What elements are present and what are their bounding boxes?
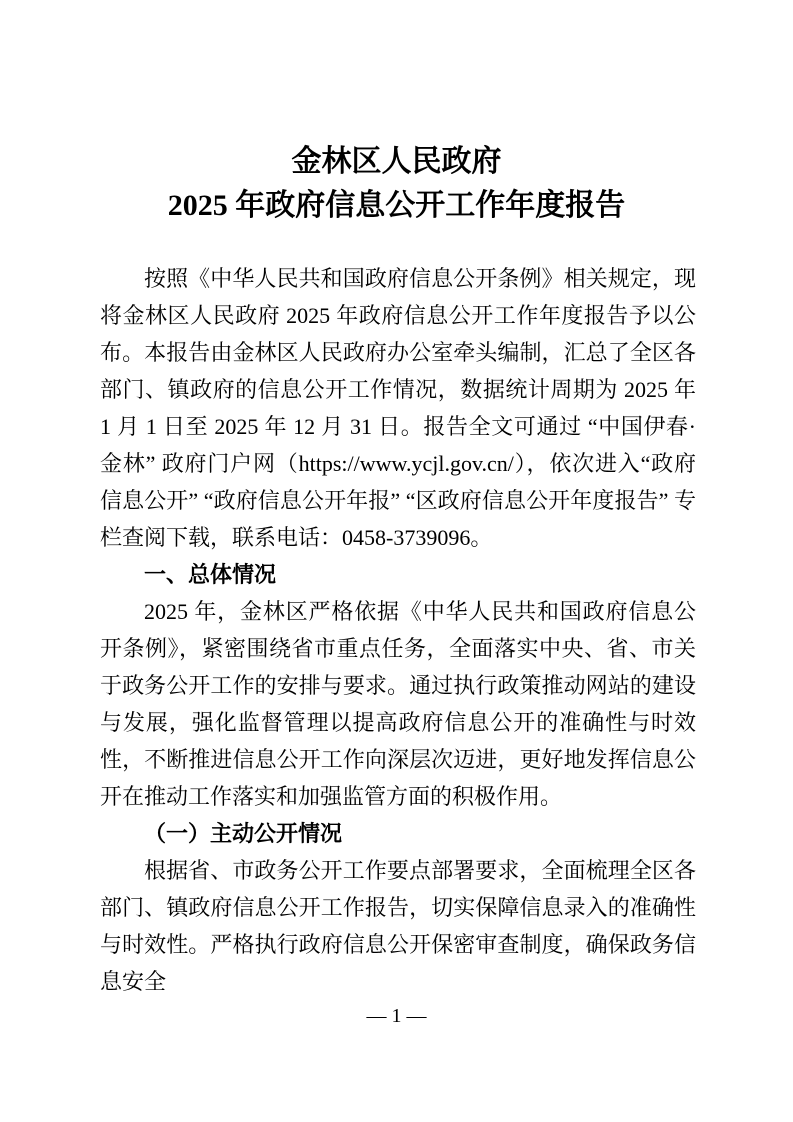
document-title: 金林区人民政府 2025 年政府信息公开工作年度报告 (60, 140, 733, 228)
subsection-heading-active-disclosure: （一）主动公开情况 (100, 815, 696, 852)
title-line-1: 金林区人民政府 (60, 140, 733, 184)
section-heading-overall-situation: 一、总体情况 (100, 556, 696, 593)
page-number: — 1 — (0, 1002, 793, 1030)
intro-paragraph: 按照《中华人民共和国政府信息公开条例》相关规定，现将金林区人民政府 2025 年… (100, 260, 696, 556)
active-disclosure-paragraph: 根据省、市政务公开工作要点部署要求，全面梳理全区各部门、镇政府信息公开工作报告，… (100, 852, 696, 1000)
report-page: 金林区人民政府 2025 年政府信息公开工作年度报告 按照《中华人民共和国政府信… (0, 0, 793, 1122)
overall-situation-paragraph: 2025 年，金林区严格依据《中华人民共和国政府信息公开条例》，紧密围绕省市重点… (100, 593, 696, 815)
title-line-2: 2025 年政府信息公开工作年度报告 (60, 184, 733, 228)
document-body: 按照《中华人民共和国政府信息公开条例》相关规定，现将金林区人民政府 2025 年… (100, 260, 696, 1000)
